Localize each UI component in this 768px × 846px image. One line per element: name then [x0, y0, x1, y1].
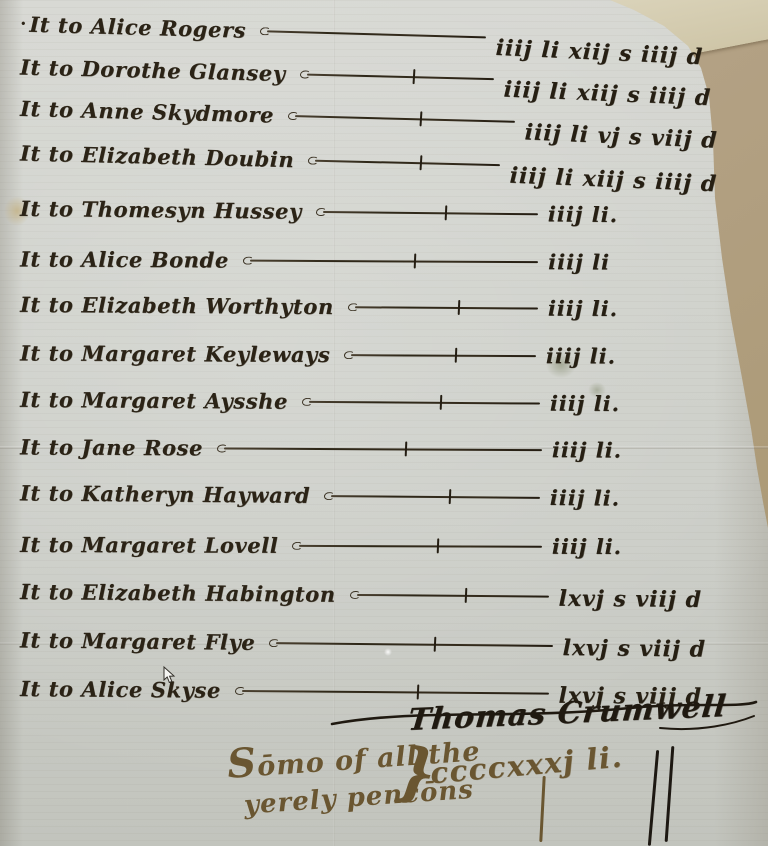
- entry-label: It to Anne Skydmore: [20, 95, 275, 127]
- rule-stroke: [351, 354, 536, 357]
- rule-tick: [412, 69, 415, 84]
- pension-entry-row: It to Margaret Aysshe iiij li.: [20, 382, 620, 420]
- entry-rule-line: [288, 105, 515, 131]
- entry-label: It to Elizabeth Doubin: [20, 140, 295, 172]
- entry-rule-line: [350, 584, 549, 606]
- entry-label: It to Margaret Lovell: [20, 531, 278, 557]
- pension-entry-row: It to Margaret Lovell iiij li.: [20, 527, 622, 563]
- rule-tick: [419, 111, 422, 126]
- entry-rule-line: [217, 437, 542, 459]
- rule-stroke: [224, 447, 542, 451]
- pension-entry-row: It to Alice Bonde iiij li: [20, 241, 610, 278]
- entry-label: It to Jane Rose: [20, 434, 203, 460]
- rule-stroke: [323, 211, 538, 215]
- entry-label: It to Margaret Keyleways: [20, 340, 330, 367]
- entry-rule-line: [299, 63, 494, 88]
- entry-amount: iiij li.: [550, 390, 620, 415]
- pension-entry-row: It to Margaret Keyleways iiij li.: [20, 335, 616, 372]
- entry-amount: lxvj s viij d: [558, 586, 702, 613]
- entry-rule-line: [243, 250, 538, 272]
- rule-stroke: [295, 115, 515, 123]
- entry-label: It to Thomesyn Hussey: [20, 195, 302, 223]
- rule-stroke: [299, 545, 542, 548]
- rule-stroke: [267, 30, 486, 38]
- rule-tick: [444, 205, 447, 220]
- pension-entry-row: It to Thomesyn Hussey iiij li.: [20, 191, 618, 231]
- entry-label: It to Alice Rogers: [29, 11, 246, 42]
- rule-stroke: [250, 260, 538, 264]
- entry-amount: iiij li.: [548, 295, 618, 320]
- rule-stroke: [309, 401, 540, 405]
- entry-label: It to Dorothe Glansey: [20, 54, 286, 85]
- lead-dot: ·: [20, 13, 27, 34]
- entry-label: It to Alice Skyse: [20, 676, 221, 703]
- pension-entry-row: It to Elizabeth Habington lxvj s viij d: [20, 574, 702, 614]
- entry-rule-line: [260, 20, 487, 46]
- rule-stroke: [355, 306, 538, 309]
- entry-rule-line: [348, 296, 538, 317]
- entry-rule-line: [316, 201, 538, 223]
- entry-label: It to Elizabeth Habington: [20, 579, 336, 607]
- rule-stroke: [307, 74, 495, 81]
- entry-label: It to Katheryn Hayward: [20, 480, 310, 508]
- entry-label: It to Margaret Flye: [20, 627, 256, 654]
- rule-stroke: [315, 160, 500, 167]
- rule-tick: [433, 637, 436, 652]
- entry-rule-line: [308, 150, 500, 175]
- entry-amount: iiij li.: [550, 485, 620, 511]
- entry-amount: iiij li.: [546, 343, 616, 368]
- mouse-cursor: [163, 666, 177, 684]
- entry-rule-line: [292, 535, 542, 556]
- pension-entry-row: It to Elizabeth Worthyton iiij li.: [20, 287, 618, 325]
- entry-rule-line: [324, 485, 540, 507]
- entry-amount: iiij li.: [552, 437, 622, 462]
- entry-amount: iiij li.: [548, 201, 618, 227]
- entry-label: It to Alice Bonde: [20, 246, 229, 272]
- entry-rule-line: [269, 632, 552, 655]
- rule-stroke: [357, 594, 549, 598]
- rule-stroke: [331, 495, 540, 499]
- entry-rule-line: [302, 391, 540, 413]
- rule-stroke: [276, 642, 552, 647]
- pension-entry-row: It to Margaret Flye lxvj s viij d: [20, 622, 706, 663]
- manuscript-photo: · It to Alice Rogers iiij li xiij s iiij…: [0, 0, 768, 846]
- entry-amount: iiij li: [548, 249, 610, 274]
- entry-label: It to Elizabeth Worthyton: [20, 291, 334, 318]
- entry-rule-line: [344, 344, 536, 365]
- pension-entry-row: It to Katheryn Hayward iiij li.: [20, 475, 620, 514]
- entry-label: It to Margaret Aysshe: [20, 386, 288, 413]
- pension-entry-row: It to Jane Rose iiij li.: [20, 429, 622, 466]
- entry-amount: iiij li.: [552, 533, 622, 558]
- entry-amount: lxvj s viij d: [562, 635, 706, 663]
